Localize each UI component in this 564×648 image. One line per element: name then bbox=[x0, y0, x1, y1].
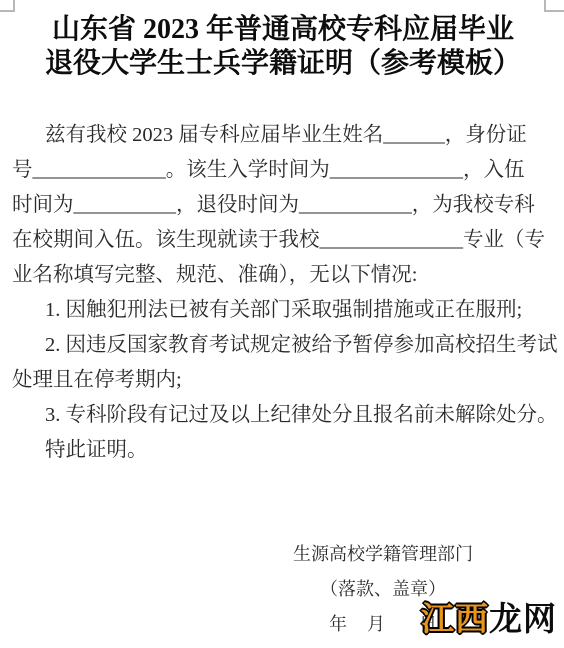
signature-department: 生源高校学籍管理部门 bbox=[283, 537, 483, 572]
document-body: 兹有我校 2023 届专科应届毕业生姓名______，身份证 号________… bbox=[12, 118, 554, 468]
title-line-2: 退役大学生士兵学籍证明（参考模板） bbox=[12, 47, 554, 81]
body-item-1: 1. 因触犯刑法已被有关部门采取强制措施或正在服刑; bbox=[12, 293, 554, 328]
site-watermark: 江西龙网 bbox=[421, 600, 557, 638]
table-corner-mark-right bbox=[544, 0, 564, 12]
date-year-label: 年 bbox=[329, 607, 347, 642]
document-title: 山东省 2023 年普通高校专科应届毕业 退役大学生士兵学籍证明（参考模板） bbox=[12, 13, 554, 81]
body-closing-statement: 特此证明。 bbox=[12, 433, 554, 468]
body-line-major-blank: 在校期间入伍。该生现就读于我校______________专业（专 bbox=[12, 223, 554, 258]
table-corner-mark-left bbox=[0, 0, 15, 12]
body-line-enlist-retiredate: 时间为__________，退役时间为___________，为我校专科 bbox=[12, 188, 554, 223]
certificate-page: 山东省 2023 年普通高校专科应届毕业 退役大学生士兵学籍证明（参考模板） 兹… bbox=[0, 0, 564, 648]
body-line-id-enrolldate: 号_____________。该生入学时间为_____________，入伍 bbox=[12, 153, 554, 188]
body-line-major-note: 业名称填写完整、规范、准确），无以下情况: bbox=[12, 258, 554, 293]
body-item-3: 3. 专科阶段有记过及以上纪律处分且报名前未解除处分。 bbox=[12, 398, 554, 433]
body-item-2-continued: 处理且在停考期内; bbox=[12, 363, 554, 398]
title-line-1: 山东省 2023 年普通高校专科应届毕业 bbox=[12, 13, 554, 47]
body-item-2: 2. 因违反国家教育考试规定被给予暂停参加高校招生考试 bbox=[12, 328, 554, 363]
watermark-text-primary: 江西 bbox=[421, 600, 489, 637]
body-line-name-idblank: 兹有我校 2023 届专科应届毕业生姓名______，身份证 bbox=[12, 118, 554, 153]
watermark-text-secondary: 龙网 bbox=[489, 600, 557, 637]
date-month-label: 月 bbox=[367, 607, 385, 642]
